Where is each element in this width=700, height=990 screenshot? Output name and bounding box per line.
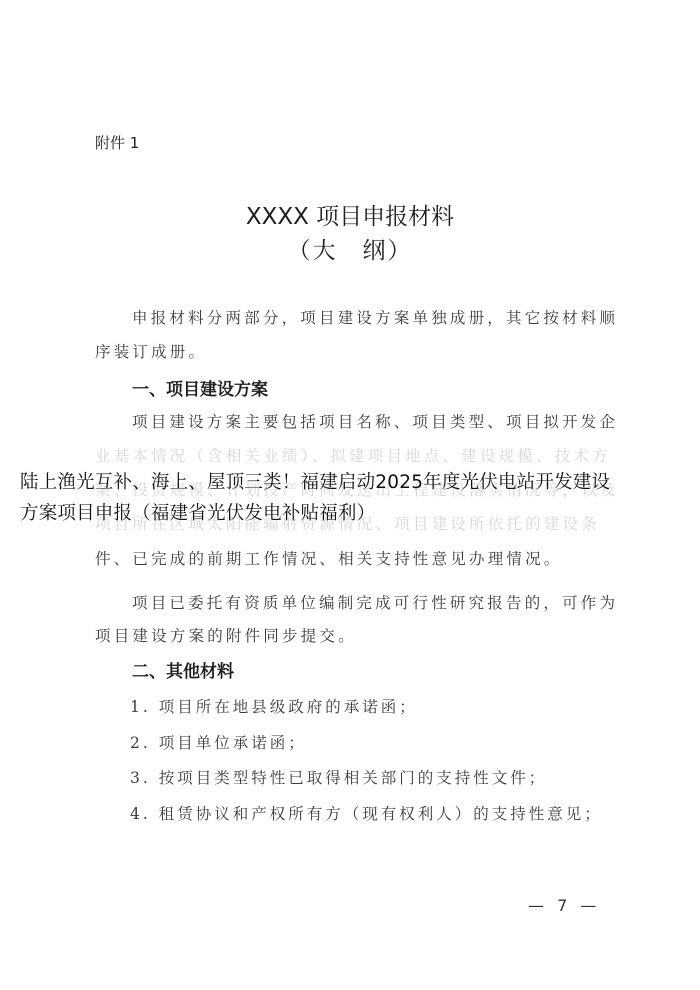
section1-line-5: 件、已完成的前期工作情况、相关支持性意见办理情况。	[95, 547, 563, 569]
document-title: XXXX 项目申报材料	[0, 198, 700, 231]
intro-line-2: 序装订成册。	[95, 340, 207, 362]
section2-heading: 二、其他材料	[132, 657, 234, 682]
list-item: 4. 租赁协议和产权所有方（现有权利人）的支持性意见；	[130, 802, 603, 824]
overlay-caption-line-1: 陆上渔光互补、海上、屋顶三类！福建启动2025年度光伏电站开发建设	[20, 468, 610, 494]
section1-note-1: 项目已委托有资质单位编制完成可行性研究报告的，可作为	[132, 591, 618, 613]
section1-line-2: 业基本情况（含相关业绩）、拟建项目地点、建设规模、技术方	[95, 444, 611, 466]
section1-line-1: 项目建设方案主要包括项目名称、项目类型、项目拟开发企	[132, 410, 618, 432]
document-subtitle: （大 纲）	[0, 232, 700, 265]
list-item: 1. 项目所在地县级政府的承诺函；	[130, 695, 418, 717]
attachment-label: 附件 1	[95, 132, 139, 153]
section1-heading: 一、项目建设方案	[132, 375, 268, 400]
overlay-caption-line-2: 方案项目申报（福建省光伏发电补贴福利）	[20, 499, 375, 525]
list-item: 2. 项目单位承诺函；	[130, 731, 307, 753]
page-number: — 7 —	[528, 896, 600, 915]
list-item: 3. 按项目类型特性已取得相关部门的支持性文件；	[130, 766, 547, 788]
section1-note-2: 项目建设方案的附件同步提交。	[95, 624, 357, 646]
intro-line-1: 申报材料分两部分，项目建设方案单独成册，其它按材料顺	[132, 306, 618, 328]
